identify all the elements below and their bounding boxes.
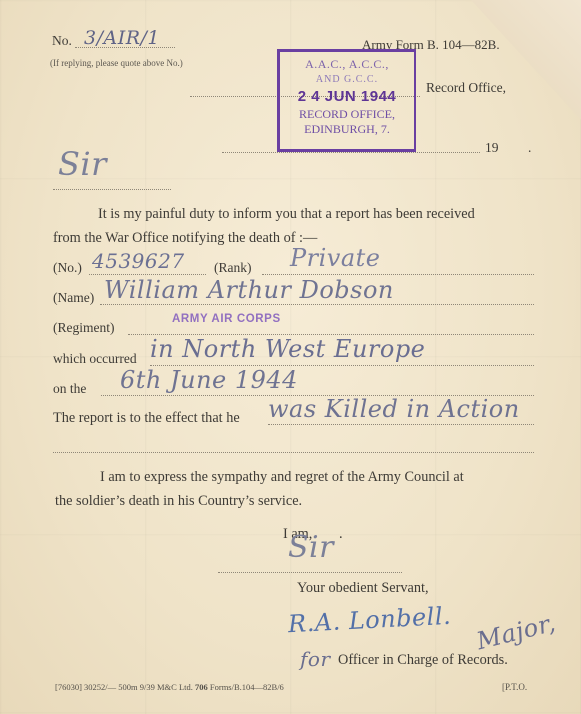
year-prefix: 19	[485, 140, 499, 156]
service-number-label: (No.)	[53, 260, 82, 276]
signature: R.A. Lonbell.	[287, 602, 451, 639]
reply-note: (If replying, please quote above No.)	[50, 58, 183, 68]
paragraph-1-line-1: It is my painful duty to inform you that…	[98, 206, 475, 223]
stamp-line-2: AND G.C.C.	[280, 74, 414, 85]
printer-line: [76030] 30252/— 500m 9/39 M&C Ltd. 706 F…	[55, 682, 284, 692]
for-note: for	[300, 647, 331, 671]
reference-number-label: No.	[52, 33, 72, 49]
death-date-value: 6th June 1944	[120, 366, 298, 394]
closing-servant: Your obedient Servant,	[297, 580, 429, 597]
occurred-value: in North West Europe	[150, 335, 425, 363]
printer-line-tail: Forms/B.104—82B/6	[210, 682, 284, 692]
pto-note: [P.T.O.	[502, 682, 527, 692]
stamp-date: 2 4 JUN 1944	[280, 88, 414, 105]
service-number-line	[89, 274, 206, 275]
closing-i-am-suffix: .	[339, 526, 343, 543]
rank-label: (Rank)	[214, 260, 252, 276]
name-value: William Arthur Dobson	[104, 276, 394, 304]
stamp-line-5: EDINBURGH, 7.	[280, 122, 414, 137]
signature-title: Major,	[474, 609, 559, 656]
paragraph-2-line-1: I am to express the sympathy and regret …	[100, 469, 464, 486]
service-number-value: 4539627	[92, 249, 185, 273]
salutation: Sir	[58, 145, 107, 183]
regiment-label: (Regiment)	[53, 320, 114, 336]
record-office-stamp: A.A.C., A.C.C., AND G.C.C. 2 4 JUN 1944 …	[277, 49, 416, 152]
rank-value: Private	[290, 244, 381, 272]
salutation-line	[53, 189, 171, 190]
effect-value: was Killed in Action	[268, 395, 520, 423]
date-line	[222, 152, 480, 153]
printer-line-text: [76030] 30252/— 500m 9/39 M&C Ltd.	[55, 682, 193, 692]
reference-number-value: 3/AIR/1	[84, 27, 160, 49]
effect-line	[268, 424, 534, 425]
effect-extra-line	[53, 452, 534, 453]
regiment-value: ARMY AIR CORPS	[172, 313, 281, 325]
closing-sir-line	[218, 572, 402, 573]
rank-line	[262, 274, 534, 275]
year-suffix: .	[528, 140, 531, 156]
occurred-label: which occurred	[53, 351, 137, 367]
officer-title: Officer in Charge of Records.	[338, 652, 508, 669]
name-line	[100, 304, 534, 305]
folded-corner	[471, 0, 581, 120]
stamp-line-4: RECORD OFFICE,	[280, 107, 414, 122]
death-date-label: on the	[53, 381, 86, 397]
name-label: (Name)	[53, 290, 94, 306]
letter-page: No. 3/AIR/1 (If replying, please quote a…	[0, 0, 581, 714]
paragraph-1-line-2: from the War Office notifying the death …	[53, 230, 317, 247]
record-office-label: Record Office,	[426, 80, 506, 96]
stamp-line-1: A.A.C., A.C.C.,	[280, 57, 414, 72]
paragraph-2-line-2: the soldier’s death in his Country’s ser…	[55, 493, 302, 510]
effect-label: The report is to the effect that he	[53, 410, 240, 427]
closing-sir: Sir	[288, 530, 334, 565]
printer-line-bold: 706	[195, 682, 208, 692]
